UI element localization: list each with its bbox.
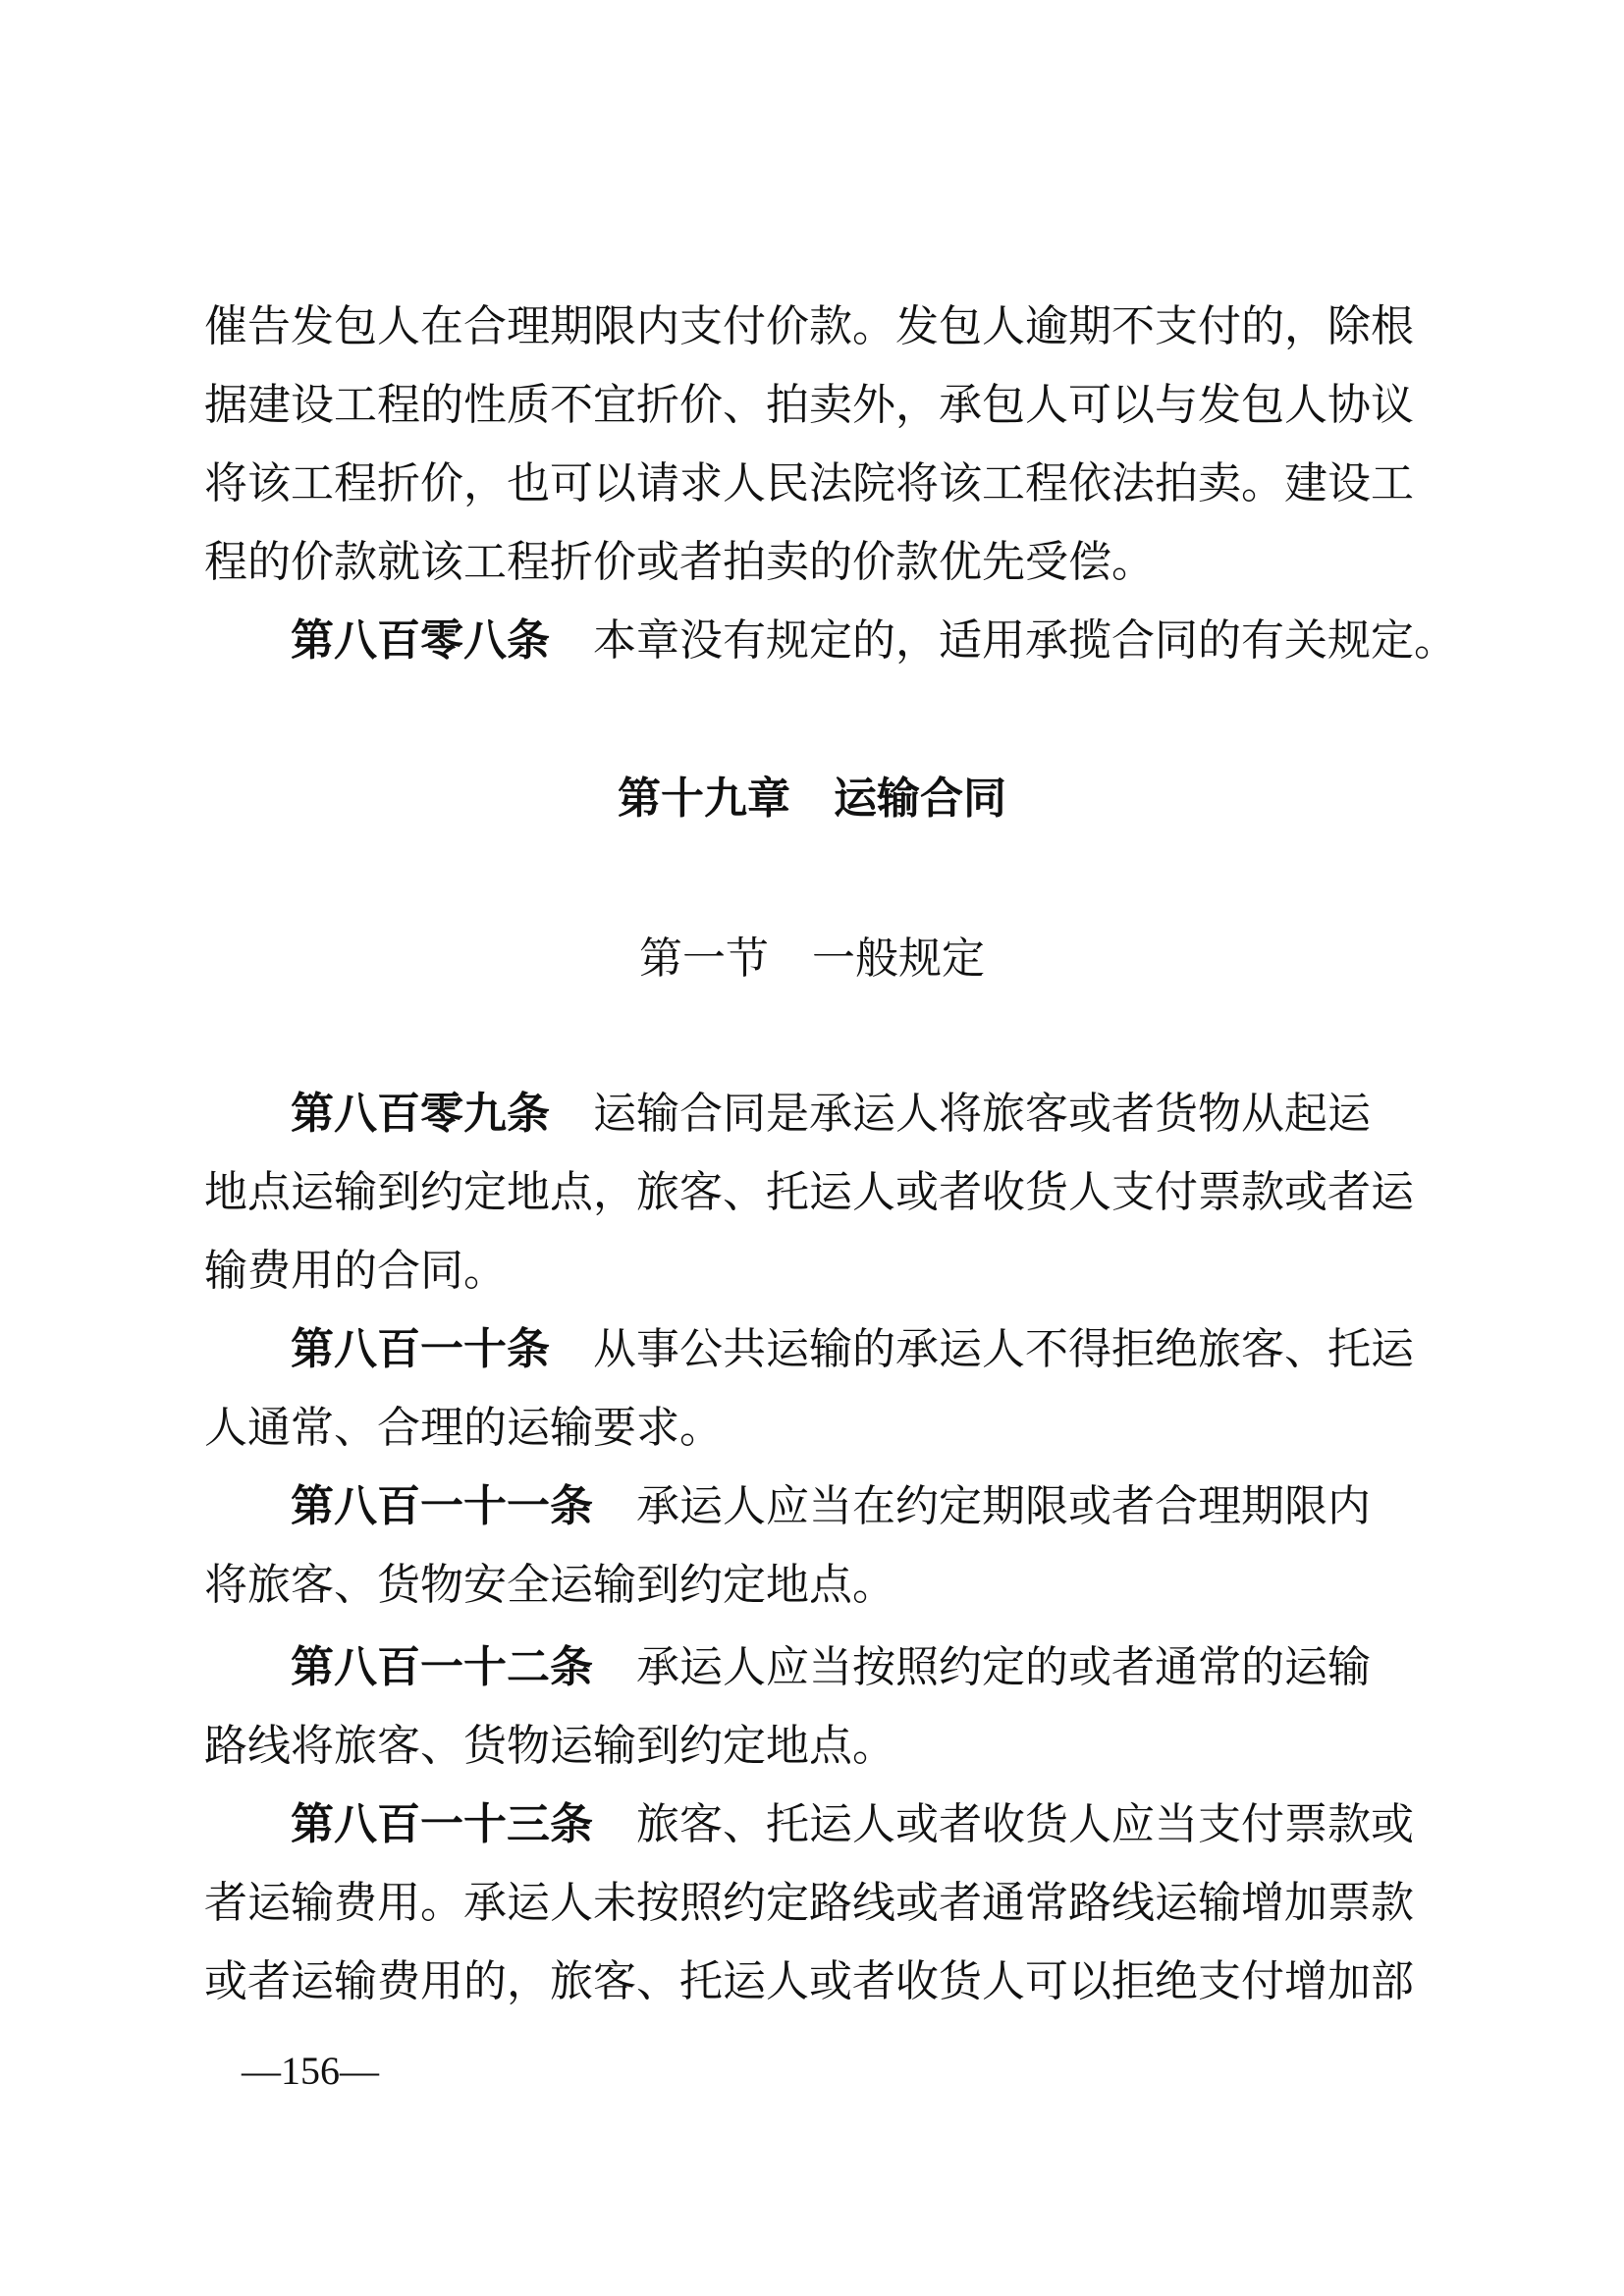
article-text: 运输合同是承运人将旅客或者货物从起运 (593, 1089, 1371, 1139)
article-label: 第八百一十条 (291, 1324, 550, 1374)
article-text: 从事公共运输的承运人不得拒绝旅客、托运 (593, 1324, 1414, 1374)
body-line: 路线将旅客、货物运输到约定地点。 (204, 1725, 1422, 1768)
body-line: 人通常、合理的运输要求。 (204, 1407, 1422, 1450)
article-809: 第八百零九条运输合同是承运人将旅客或者货物从起运 (291, 1093, 1508, 1136)
section-title: 一般规定 (812, 934, 985, 984)
section-heading: 第一节一般规定 (0, 937, 1624, 981)
article-812: 第八百一十二条承运人应当按照约定的或者通常的运输 (291, 1646, 1508, 1689)
article-808: 第八百零八条本章没有规定的，适用承揽合同的有关规定。 (291, 619, 1508, 663)
body-line: 者运输费用。承运人未按照约定路线或者通常路线运输增加票款 (204, 1882, 1422, 1925)
body-line: 程的价款就该工程折价或者拍卖的价款优先受偿。 (204, 541, 1422, 584)
body-line: 将该工程折价，也可以请求人民法院将该工程依法拍卖。建设工 (204, 462, 1422, 506)
article-label: 第八百一十一条 (291, 1481, 593, 1531)
body-line: 将旅客、货物安全运输到约定地点。 (204, 1564, 1422, 1607)
body-line: 或者运输费用的，旅客、托运人或者收货人可以拒绝支付增加部 (204, 1960, 1422, 2003)
article-label: 第八百一十二条 (291, 1642, 593, 1692)
article-text: 旅客、托运人或者收货人应当支付票款或 (636, 1799, 1414, 1849)
page-number: —156— (242, 2052, 379, 2091)
body-line: 据建设工程的性质不宜折价、拍卖外，承包人可以与发包人协议 (204, 384, 1422, 427)
section-number: 第一节 (639, 934, 769, 984)
body-line: 催告发包人在合理期限内支付价款。发包人逾期不支付的，除根 (204, 305, 1422, 348)
chapter-title: 运输合同 (834, 774, 1006, 824)
document-page: 催告发包人在合理期限内支付价款。发包人逾期不支付的，除根 据建设工程的性质不宜折… (0, 0, 1624, 2296)
article-label: 第八百一十三条 (291, 1799, 593, 1849)
article-813: 第八百一十三条旅客、托运人或者收货人应当支付票款或 (291, 1803, 1508, 1846)
article-text: 本章没有规定的，适用承揽合同的有关规定。 (593, 615, 1457, 666)
body-line: 地点运输到约定地点，旅客、托运人或者收货人支付票款或者运 (204, 1171, 1422, 1214)
article-text: 承运人应当在约定期限或者合理期限内 (636, 1481, 1371, 1531)
article-label: 第八百零八条 (291, 615, 550, 666)
chapter-heading: 第十九章运输合同 (0, 777, 1624, 821)
article-810: 第八百一十条从事公共运输的承运人不得拒绝旅客、托运 (291, 1328, 1508, 1371)
chapter-number: 第十九章 (618, 774, 790, 824)
article-811: 第八百一十一条承运人应当在约定期限或者合理期限内 (291, 1485, 1508, 1528)
article-label: 第八百零九条 (291, 1089, 550, 1139)
body-line: 输费用的合同。 (204, 1250, 1422, 1293)
article-text: 承运人应当按照约定的或者通常的运输 (636, 1642, 1371, 1692)
